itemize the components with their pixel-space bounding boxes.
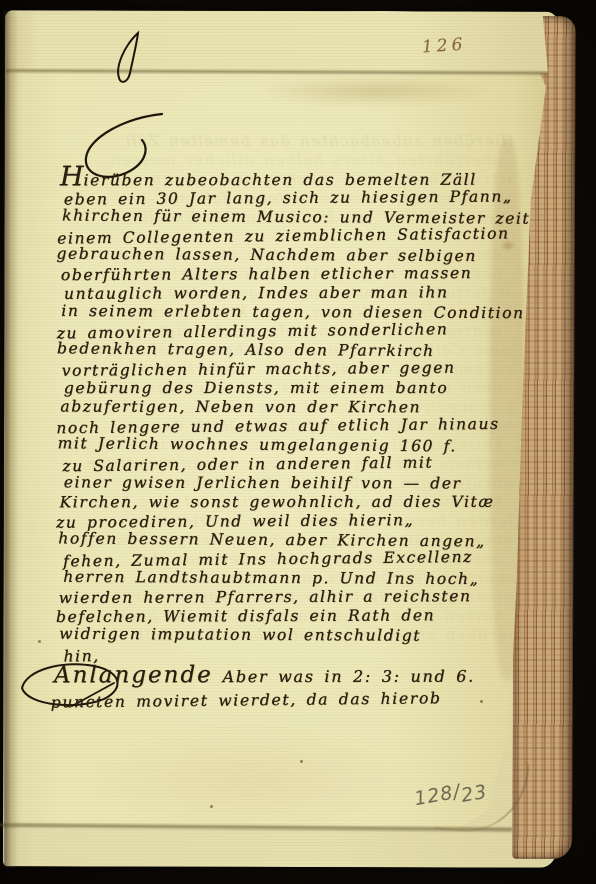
manuscript-line: wierden herren Pfarrers, alhir a reichst… [59, 587, 511, 608]
ink-speck [210, 805, 213, 808]
manuscript-line: vorträglichen hinfür machts, aber gegen [62, 358, 514, 381]
manuscript-line: einer gwisen Jerlichen beihilf von — der [64, 473, 516, 493]
manuscript-line: oberführten Alters halben etlicher masse… [61, 264, 513, 285]
manuscript-line: herren Landtshaubtmann p. Und Ins hoch„ [63, 568, 515, 589]
manuscript-line: Anlangende Aber was in 2: 3: und 6. [54, 661, 514, 692]
ink-speck [300, 760, 303, 763]
manuscript-line: untauglich worden, Indes aber man ihn [64, 283, 516, 304]
paragraph-2: Anlangende Aber was in 2: 3: und 6.punct… [54, 661, 514, 710]
manuscript-line-rest: Aber was in 2: 3: und 6. [213, 667, 475, 686]
bleedthrough-line: Hierüben zubeobachten das bemelten Zäll [8, 132, 514, 151]
paragraph-lead-word: Anlangende [54, 662, 213, 688]
manuscript-line: puncten moviret wierdet, da das hierob [51, 689, 511, 713]
paragraph-1: Hierüben zubeobachten das bemelten Zälle… [60, 170, 512, 664]
folio-number: 126 [421, 34, 467, 57]
manuscript-line: Hierüben zubeobachten das bemelten Zäll [60, 170, 512, 190]
manuscript-scan: Hierüben zubeobachten das bemelten Zällo… [0, 0, 596, 884]
archive-foliation-denominator: 23 [459, 781, 489, 807]
page-top-sliver [6, 11, 548, 73]
manuscript-line: Kirchen, wie sonst gewohnlich, ad dies V… [60, 493, 512, 512]
manuscript-line: befelchen, Wiemit disfals ein Rath den [56, 606, 508, 627]
manuscript-line: gebürung des Diensts, mit einem banto [64, 379, 516, 398]
manuscript-line: gebrauchen lassen, Nachdem aber selbigen [56, 245, 508, 267]
